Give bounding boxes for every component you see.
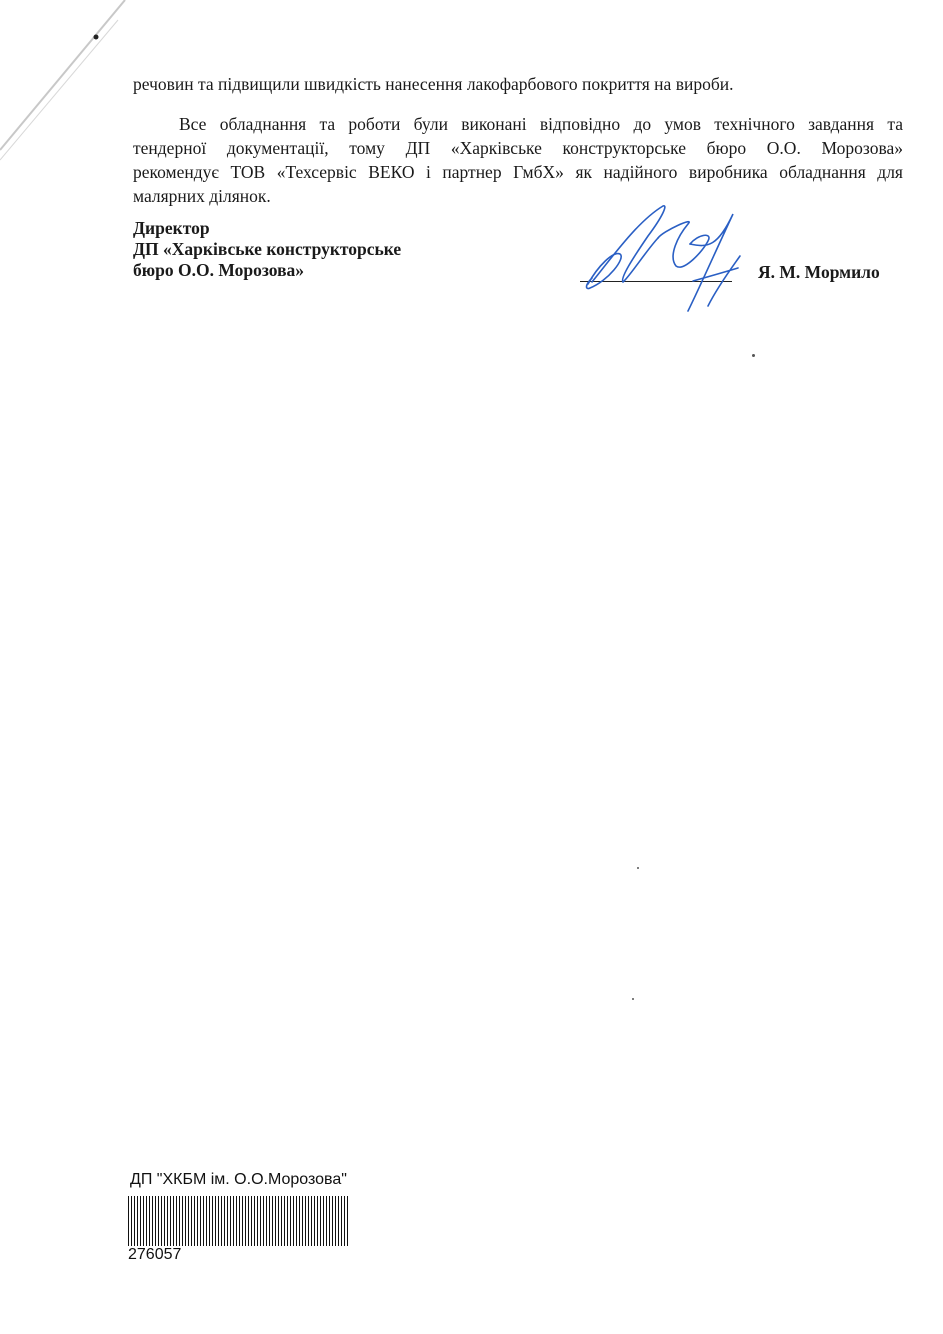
paragraph-line: тендерної документації, тому ДП «Харківс… xyxy=(133,136,903,160)
signatory-title: Директор xyxy=(133,218,401,239)
paragraph-line: рекомендує ТОВ «Техсервіс ВЕКО і партнер… xyxy=(133,160,903,184)
barcode xyxy=(128,1196,350,1246)
paragraph-line: Все обладнання та роботи були виконані в… xyxy=(133,112,903,136)
signatory-block: Директор ДП «Харківське конструкторське … xyxy=(133,218,401,281)
scan-speck xyxy=(632,998,634,1000)
signatory-org-line-1: ДП «Харківське конструкторське xyxy=(133,239,401,260)
paragraph-line: малярних ділянок. xyxy=(133,184,903,208)
signatory-name: Я. М. Мормило xyxy=(758,262,880,283)
scan-speck xyxy=(637,867,639,869)
handwritten-signature xyxy=(568,196,758,316)
document-page: речовин та підвищили швидкість нанесення… xyxy=(0,0,943,1334)
barcode-number: 276057 xyxy=(128,1246,181,1264)
paragraph-continuation: речовин та підвищили швидкість нанесення… xyxy=(133,72,903,96)
signatory-org-line-2: бюро О.О. Морозова» xyxy=(133,260,401,281)
footer-stamp-label: ДП "ХКБМ ім. О.О.Морозова" xyxy=(130,1171,347,1189)
paragraph-recommendation: Все обладнання та роботи були виконані в… xyxy=(133,112,903,208)
scan-speck xyxy=(752,354,755,357)
